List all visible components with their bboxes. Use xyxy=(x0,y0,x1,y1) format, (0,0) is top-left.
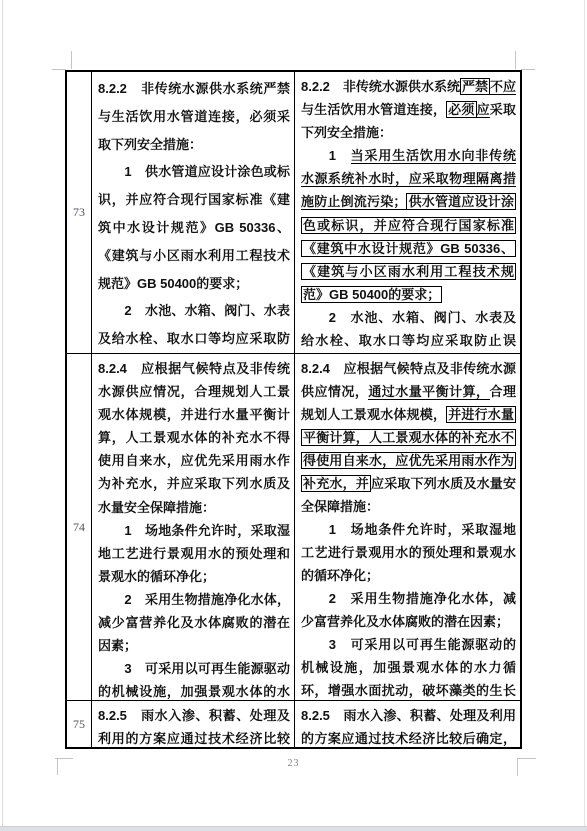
paragraph: 1 场地条件允许时，采取湿地工艺进行景观用水的预处理和景观水的循环净化； xyxy=(301,518,516,587)
paragraph: 8.2.2 非传统水源供水系统严禁不应与生活饮用水管道连接，必须应采取下列安全措… xyxy=(301,75,516,144)
text-run: 2 水池、水箱、阀门、水表及给水栓、取水口等均应采取防止误接、误用、误饮的措施。 xyxy=(98,303,290,353)
paragraph: 1 供水管道应设计涂色或标识，并应符合现行国家标准《建筑中水设计规范》GB 50… xyxy=(98,158,290,297)
text-run: 2 采用生物措施净化水体，减少富营养化及水体腐败的潜在因素； xyxy=(98,592,290,653)
text-run: 与生活饮用水管道连接， xyxy=(301,102,446,117)
clause-cell-new-8-2-4[interactable]: 8.2.4 应根据气候特点及非传统水源供应情况，通过水量平衡计算，合理规划人工景… xyxy=(294,353,520,700)
clause-cell-new-8-2-2[interactable]: 8.2.2 非传统水源供水系统严禁不应与生活饮用水管道连接，必须应采取下列安全措… xyxy=(294,72,520,353)
paragraph: 3 可采用以可再生能源驱动的机械设施，加强景观水体的水力循环，增强水面扰动，破坏… xyxy=(98,657,290,700)
crop-mark-top-left-h xyxy=(52,69,66,70)
paragraph: 3 可采用以可再生能源驱动的机械设施，加强景观水体的水力循环，增强水面扰动，破坏… xyxy=(301,633,516,700)
deleted-text-run: 必须 xyxy=(446,101,476,118)
row-number-cell[interactable]: 73 xyxy=(67,72,91,353)
paragraph: 8.2.4 应根据气候特点及非传统水源供应情况，通过水量平衡计算，合理规划人工景… xyxy=(301,357,516,518)
paragraph: 1 当采用生活饮用水向非传统水源系统补水时，应采取物理隔离措施防止倒流污染；供水… xyxy=(301,144,516,306)
text-run: 8.2.5 雨水入渗、积蓄、处理及利用的方案应通过技术经济比较后确 xyxy=(98,708,290,747)
text-run: 1 场地条件允许时，采取湿地工艺进行景观用水的预处理和景观水的循环净化； xyxy=(98,523,290,584)
paragraph: 1 场地条件允许时，采取湿地工艺进行景观用水的预处理和景观水的循环净化； xyxy=(98,519,290,588)
page-left-edge xyxy=(2,0,3,826)
page-bottom-gap xyxy=(0,826,587,831)
paragraph: 2 水池、水箱、阀门、水表及给水栓、取水口等均应采取防止误接、误用、误饮的措施。 xyxy=(301,306,516,353)
text-run: 2 采用生物措施净化水体，减少富营养化及水体腐败的潜在因素； xyxy=(301,591,516,629)
clause-cell-old-8-2-4[interactable]: 8.2.4 应根据气候特点及非传统水源供应情况，合理规划人工景观水体规模，并进行… xyxy=(91,353,294,700)
text-run: 8.2.5 雨水入渗、积蓄、处理及利用的方案应通过技术经济比较后确定，并应符合下 xyxy=(301,708,516,747)
paragraph: 2 水池、水箱、阀门、水表及给水栓、取水口等均应采取防止误接、误用、误饮的措施。 xyxy=(98,297,290,353)
inserted-text-run: 通过水量平衡计算， xyxy=(368,384,489,400)
text-run: 8.2.2 非传统水源供水系统 xyxy=(301,79,460,94)
text-run: 1 场地条件允许时，采取湿地工艺进行景观用水的预处理和景观水的循环净化； xyxy=(301,522,516,583)
paragraph: 8.2.2 非传统水源供水系统严禁与生活饮用水管道连接，必须采取下列安全措施： xyxy=(98,75,290,158)
paragraph: 2 采用生物措施净化水体，减少富营养化及水体腐败的潜在因素； xyxy=(301,587,516,633)
text-run: 3 可采用以可再生能源驱动的机械设施，加强景观水体的水力循环，增强水面扰动，破坏… xyxy=(98,661,290,700)
text-run: 3 可采用以可再生能源驱动的机械设施，加强景观水体的水力循环，增强水面扰动，破坏… xyxy=(301,637,516,700)
text-run: 8.2.2 非传统水源供水系统严禁与生活饮用水管道连接，必须采取下列安全措施： xyxy=(98,81,290,152)
crop-mark-top-right-h xyxy=(521,69,535,70)
inserted-text-run: 不应 xyxy=(490,79,516,95)
text-run: 2 水池、水箱、阀门、水表及给水栓、取水口等均应采取防止误接、误用、误饮的措施。 xyxy=(301,310,516,353)
row-number-cell[interactable]: 74 xyxy=(67,353,91,700)
deleted-text-run: 严禁 xyxy=(460,78,490,95)
clause-comparison-table: 73 8.2.2 非传统水源供水系统严禁与生活饮用水管道连接，必须采取下列安全措… xyxy=(65,70,522,749)
text-run: 1 供水管道应设计涂色或标识，并应符合现行国家标准《建筑中水设计规范》GB 50… xyxy=(98,164,290,290)
crop-mark-top-left-v xyxy=(71,51,72,69)
clause-cell-new-8-2-5[interactable]: 8.2.5 雨水入渗、积蓄、处理及利用的方案应通过技术经济比较后确定，并应符合下 xyxy=(294,700,520,747)
clause-cell-old-8-2-5[interactable]: 8.2.5 雨水入渗、积蓄、处理及利用的方案应通过技术经济比较后确 xyxy=(91,700,294,747)
paragraph: 8.2.5 雨水入渗、积蓄、处理及利用的方案应通过技术经济比较后确 xyxy=(98,704,290,747)
page-number: 23 xyxy=(0,758,587,769)
text-run: 1 xyxy=(301,148,351,163)
paragraph: 2 采用生物措施净化水体，减少富营养化及水体腐败的潜在因素； xyxy=(98,588,290,657)
row-number-cell[interactable]: 75 xyxy=(67,700,91,747)
page-right-edge xyxy=(584,0,585,826)
document-page: { "page": { "number_label": "23" }, "rev… xyxy=(0,0,587,831)
inserted-text-run: 应 xyxy=(477,102,490,118)
paragraph: 8.2.5 雨水入渗、积蓄、处理及利用的方案应通过技术经济比较后确定，并应符合下 xyxy=(301,704,516,747)
paragraph: 8.2.4 应根据气候特点及非传统水源供应情况，合理规划人工景观水体规模，并进行… xyxy=(98,357,290,519)
crop-mark-top-right-v xyxy=(515,51,516,69)
clause-cell-old-8-2-2[interactable]: 8.2.2 非传统水源供水系统严禁与生活饮用水管道连接，必须采取下列安全措施： … xyxy=(91,72,294,353)
text-run: 8.2.4 应根据气候特点及非传统水源供应情况，合理规划人工景观水体规模，并进行… xyxy=(98,361,290,515)
